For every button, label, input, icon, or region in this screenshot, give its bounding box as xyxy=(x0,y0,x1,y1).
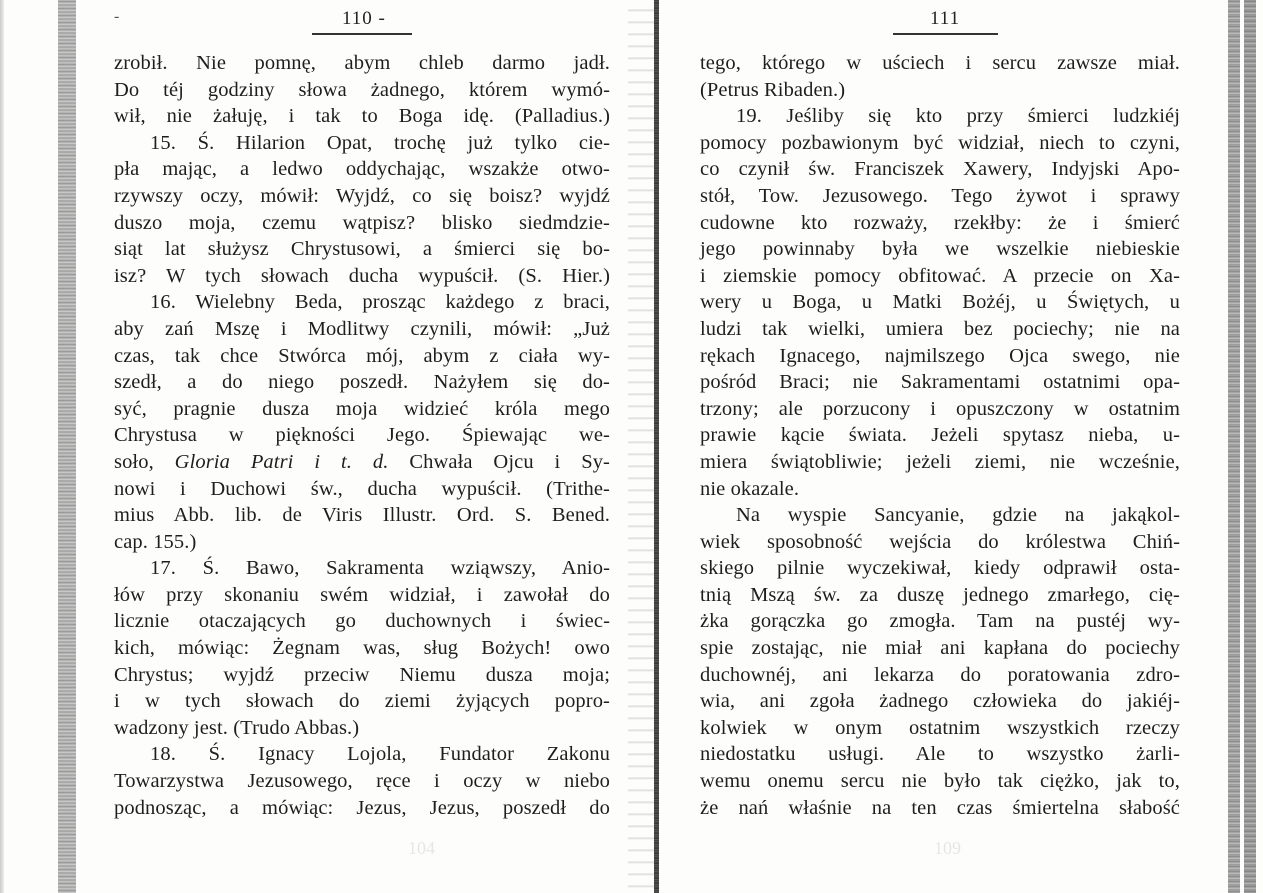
text-line: pła mając, a ledwo oddychając, wszakże o… xyxy=(114,156,610,183)
text-line: spie zostając, nie miał ani kapłana do p… xyxy=(700,635,1180,662)
text-line: nie okazale. xyxy=(700,476,1180,503)
text-line: kolwiek w onym ostatnim wszystkich rzecz… xyxy=(700,715,1180,742)
text-line: wemu onemu sercu nie było tak ciężko, ja… xyxy=(700,768,1180,795)
text-line: cap. 155.) xyxy=(114,529,610,556)
text-line: tnią Mszą św. za duszę jednego zmarłego,… xyxy=(700,582,1180,609)
text-line: 16. Wielebny Beda, prosząc każdego z bra… xyxy=(114,289,610,316)
binding-shadow-left xyxy=(58,0,76,893)
text-line: 15. Ś. Hilarion Opat, trochę już tylko c… xyxy=(114,130,610,157)
text-line: ludzi tak wielki, umiera bez pociechy; n… xyxy=(700,316,1180,343)
text-line: wery u Boga, u Matki Bożéj, u Świętych, … xyxy=(700,289,1180,316)
text-line: Do téj godziny słowa żadnego, którem wym… xyxy=(114,77,610,104)
italic-latin-phrase: Gloria Patri i t. d. xyxy=(175,451,389,473)
text-line: siąt lat służysz Chrystusowi, a śmierci … xyxy=(114,236,610,263)
text-line: zrobił. Nie pomnę, abym chleb darmo jadł… xyxy=(114,50,610,77)
text-line: skiego pilnie wyczekiwał, kiedy odprawił… xyxy=(700,555,1180,582)
text-line: Towarzystwa Jezusowego, ręce i oczy w ni… xyxy=(114,768,610,795)
page-number: 110 - xyxy=(342,8,386,30)
page-body: zrobił. Nie pomnę, abym chleb darmo jadł… xyxy=(114,50,610,821)
text-line: Chrystusa w piękności Jego. Śpiewając we… xyxy=(114,422,610,449)
header-rule xyxy=(893,33,998,35)
text-line: czas, tak chce Stwórca mój, abym z ciała… xyxy=(114,343,610,370)
page-number: 111 xyxy=(930,8,960,30)
bleed-through-page-number: 104 xyxy=(408,838,435,859)
header-dash: - xyxy=(114,8,119,26)
text-line: duchownéj, ani lekarza do poratowania zd… xyxy=(700,662,1180,689)
center-gutter xyxy=(654,0,659,893)
text-line: 18. Ś. Ignacy Lojola, Fundator Zakonu xyxy=(114,741,610,768)
text-line: trzony; ale porzucony i opuszczony w ost… xyxy=(700,396,1180,423)
book-spread: - 110 - zrobił. Nie pomnę, abym chleb da… xyxy=(0,0,1263,893)
text-line: jego powinnaby była we wszelkie niebiesk… xyxy=(700,236,1180,263)
text-line: wia, ani zgoła żadnego człowieka do jaki… xyxy=(700,688,1180,715)
text-line: aby zań Mszę i Modlitwy czynili, mówił: … xyxy=(114,316,610,343)
text-line: nowi i Duchowi św., ducha wypuścił. (Tri… xyxy=(114,476,610,503)
text-line: isz? W tych słowach ducha wypuścił. (S. … xyxy=(114,263,610,290)
text-line: Na wyspie Sancyanie, gdzie na jakąkol- xyxy=(700,502,1180,529)
header-rule xyxy=(312,33,412,35)
page-number-value: 110 xyxy=(342,8,373,29)
text-line: soło, Gloria Patri i t. d. Chwała Ojcu i… xyxy=(114,449,610,476)
text-line: rzywszy oczy, mówił: Wyjdź, co się boisz… xyxy=(114,183,610,210)
text-line: pomocy pozbawionym być widział, niech to… xyxy=(700,130,1180,157)
text-segment: Chwała Ojcu i Sy- xyxy=(388,451,610,473)
text-line: tego, którego w uściech i sercu zawsze m… xyxy=(700,50,1180,77)
text-line: wiek sposobność wejścia do królestwa Chi… xyxy=(700,529,1180,556)
page-body: tego, którego w uściech i sercu zawsze m… xyxy=(700,50,1180,821)
page-number-value: 111 xyxy=(930,8,960,29)
gutter-bleed-through xyxy=(628,0,654,893)
text-line: żka gorączka go zmogła. Tam na pustéj wy… xyxy=(700,608,1180,635)
text-line: niedostatku usługi. Ale to wszystko żarl… xyxy=(700,741,1180,768)
text-line: rękach Ignacego, najmilszego Ojca swego,… xyxy=(700,343,1180,370)
text-line: szedł, a do niego poszedł. Nażyłem się d… xyxy=(114,369,610,396)
binding-shadow-right-outer xyxy=(1244,0,1256,893)
text-line: łów przy skonaniu swém widział, i zawoła… xyxy=(114,582,610,609)
text-line: licznie otaczających go duchownych i świ… xyxy=(114,608,610,635)
text-line: pośród Braci; nie Sakramentami ostatnimi… xyxy=(700,369,1180,396)
text-line: duszo moja, czemu wątpisz? blisko siedmd… xyxy=(114,210,610,237)
text-line: i w tych słowach do ziemi żyjących popro… xyxy=(114,688,610,715)
text-line: miera świątobliwie; jeżeli ziemi, nie wc… xyxy=(700,449,1180,476)
binding-shadow-right-inner xyxy=(1228,0,1240,893)
text-line: mius Abb. lib. de Viris Illustr. Ord. S.… xyxy=(114,502,610,529)
text-line: że nań właśnie na ten czas śmiertelna sł… xyxy=(700,795,1180,822)
text-line: syć, pragnie dusza moja widzieć króla me… xyxy=(114,396,610,423)
text-line: co czynił św. Franciszek Xawery, Indyjsk… xyxy=(700,156,1180,183)
text-line: kich, mówiąc: Żegnam was, sług Bożych! o… xyxy=(114,635,610,662)
text-line: stół, Tow. Jezusowego. Tego żywot i spra… xyxy=(700,183,1180,210)
text-line: (Petrus Ribaden.) xyxy=(700,77,1180,104)
text-line: wił, nie żałuję, i tak to Boga idę. (Pal… xyxy=(114,103,610,130)
scan-edge-left xyxy=(0,0,4,893)
text-line: 19. Jeśliby się kto przy śmierci ludzkié… xyxy=(700,103,1180,130)
text-line: cudowne kto rozważy, rzekłby: że i śmier… xyxy=(700,210,1180,237)
text-line: podnosząc, a mówiąc: Jezus, Jezus, posze… xyxy=(114,795,610,822)
page-number-suffix: - xyxy=(379,8,386,29)
text-line: Chrystus; wyjdź przeciw Niemu dusza moja… xyxy=(114,662,610,689)
bleed-through-page-number: 109 xyxy=(934,838,961,859)
text-line: i ziemskie pomocy obfitować. A przecie o… xyxy=(700,263,1180,290)
text-line: prawie kącie świata. Jeżeli spytasz nieb… xyxy=(700,422,1180,449)
text-segment: soło, xyxy=(114,451,175,473)
text-line: 17. Ś. Bawo, Sakramenta wziąwszy, Anio- xyxy=(114,555,610,582)
text-line: wadzony jest. (Trudo Abbas.) xyxy=(114,715,610,742)
